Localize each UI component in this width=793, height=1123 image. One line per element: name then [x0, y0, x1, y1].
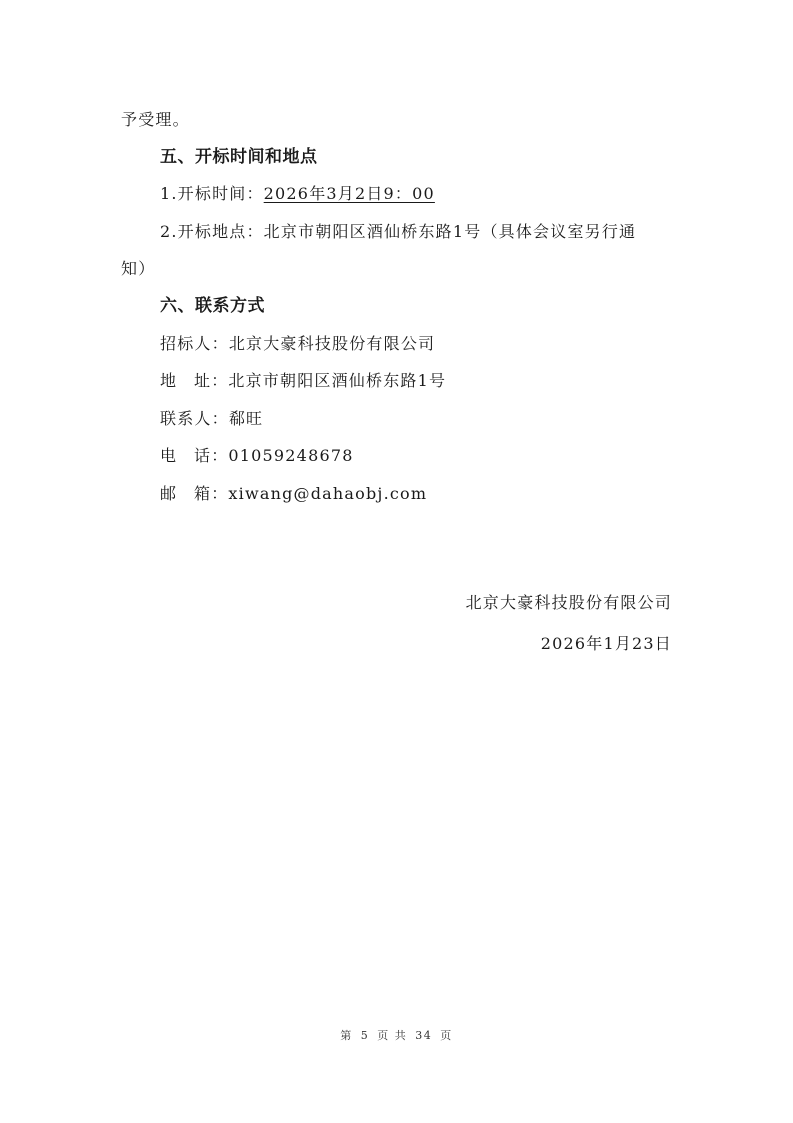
phone-label-a: 电 [160, 445, 194, 467]
phone-value: 01059248678 [228, 446, 353, 465]
email-value: xiwang@dahaobj.com [228, 484, 427, 503]
tenderer-label: 招标人： [160, 334, 229, 353]
contact-person: 联系人：郗旺 [160, 408, 263, 430]
contact-address: 地址：北京市朝阳区酒仙桥东路1号 [160, 370, 446, 392]
address-value: 北京市朝阳区酒仙桥东路1号 [228, 371, 446, 390]
signature-date: 2026年1月23日 [541, 633, 672, 655]
opening-location-value: 北京市朝阳区酒仙桥东路1号（具体会议室另行通 [264, 222, 637, 241]
contact-tenderer: 招标人：北京大豪科技股份有限公司 [160, 333, 435, 355]
address-label-b: 址： [194, 371, 228, 390]
address-label-a: 地 [160, 370, 194, 392]
document-page: 予受理。 五、开标时间和地点 1.开标时间：2026年3月2日9：00 2.开标… [0, 0, 793, 1123]
contact-phone: 电话：01059248678 [160, 445, 354, 467]
opening-time-label: 1.开标时间： [160, 184, 264, 203]
section-heading-contact: 六、联系方式 [160, 295, 265, 317]
contact-person-label: 联系人： [160, 409, 229, 428]
opening-location-label: 2.开标地点： [160, 222, 264, 241]
opening-location-continuation: 知） [121, 258, 155, 280]
contact-person-value: 郗旺 [229, 409, 263, 428]
opening-time-value: 2026年3月2日9：00 [264, 184, 435, 203]
opening-location-line: 2.开标地点：北京市朝阳区酒仙桥东路1号（具体会议室另行通 [160, 221, 636, 243]
tenderer-value: 北京大豪科技股份有限公司 [229, 334, 435, 353]
page-footer: 第5页 共34页 [0, 1027, 793, 1043]
footer-suffix: 页 [440, 1029, 453, 1042]
email-label-a: 邮 [160, 483, 194, 505]
email-label-b: 箱： [194, 484, 228, 503]
signature-company: 北京大豪科技股份有限公司 [466, 592, 672, 614]
contact-email: 邮箱：xiwang@dahaobj.com [160, 483, 427, 505]
footer-middle: 页 共 [377, 1029, 407, 1042]
continuation-text: 予受理。 [121, 109, 190, 131]
footer-total-pages: 34 [415, 1029, 432, 1042]
footer-prefix: 第 [340, 1029, 353, 1042]
phone-label-b: 话： [194, 446, 228, 465]
footer-current-page: 5 [361, 1029, 370, 1042]
section-heading-opening: 五、开标时间和地点 [160, 146, 318, 168]
opening-time-line: 1.开标时间：2026年3月2日9：00 [160, 183, 435, 205]
